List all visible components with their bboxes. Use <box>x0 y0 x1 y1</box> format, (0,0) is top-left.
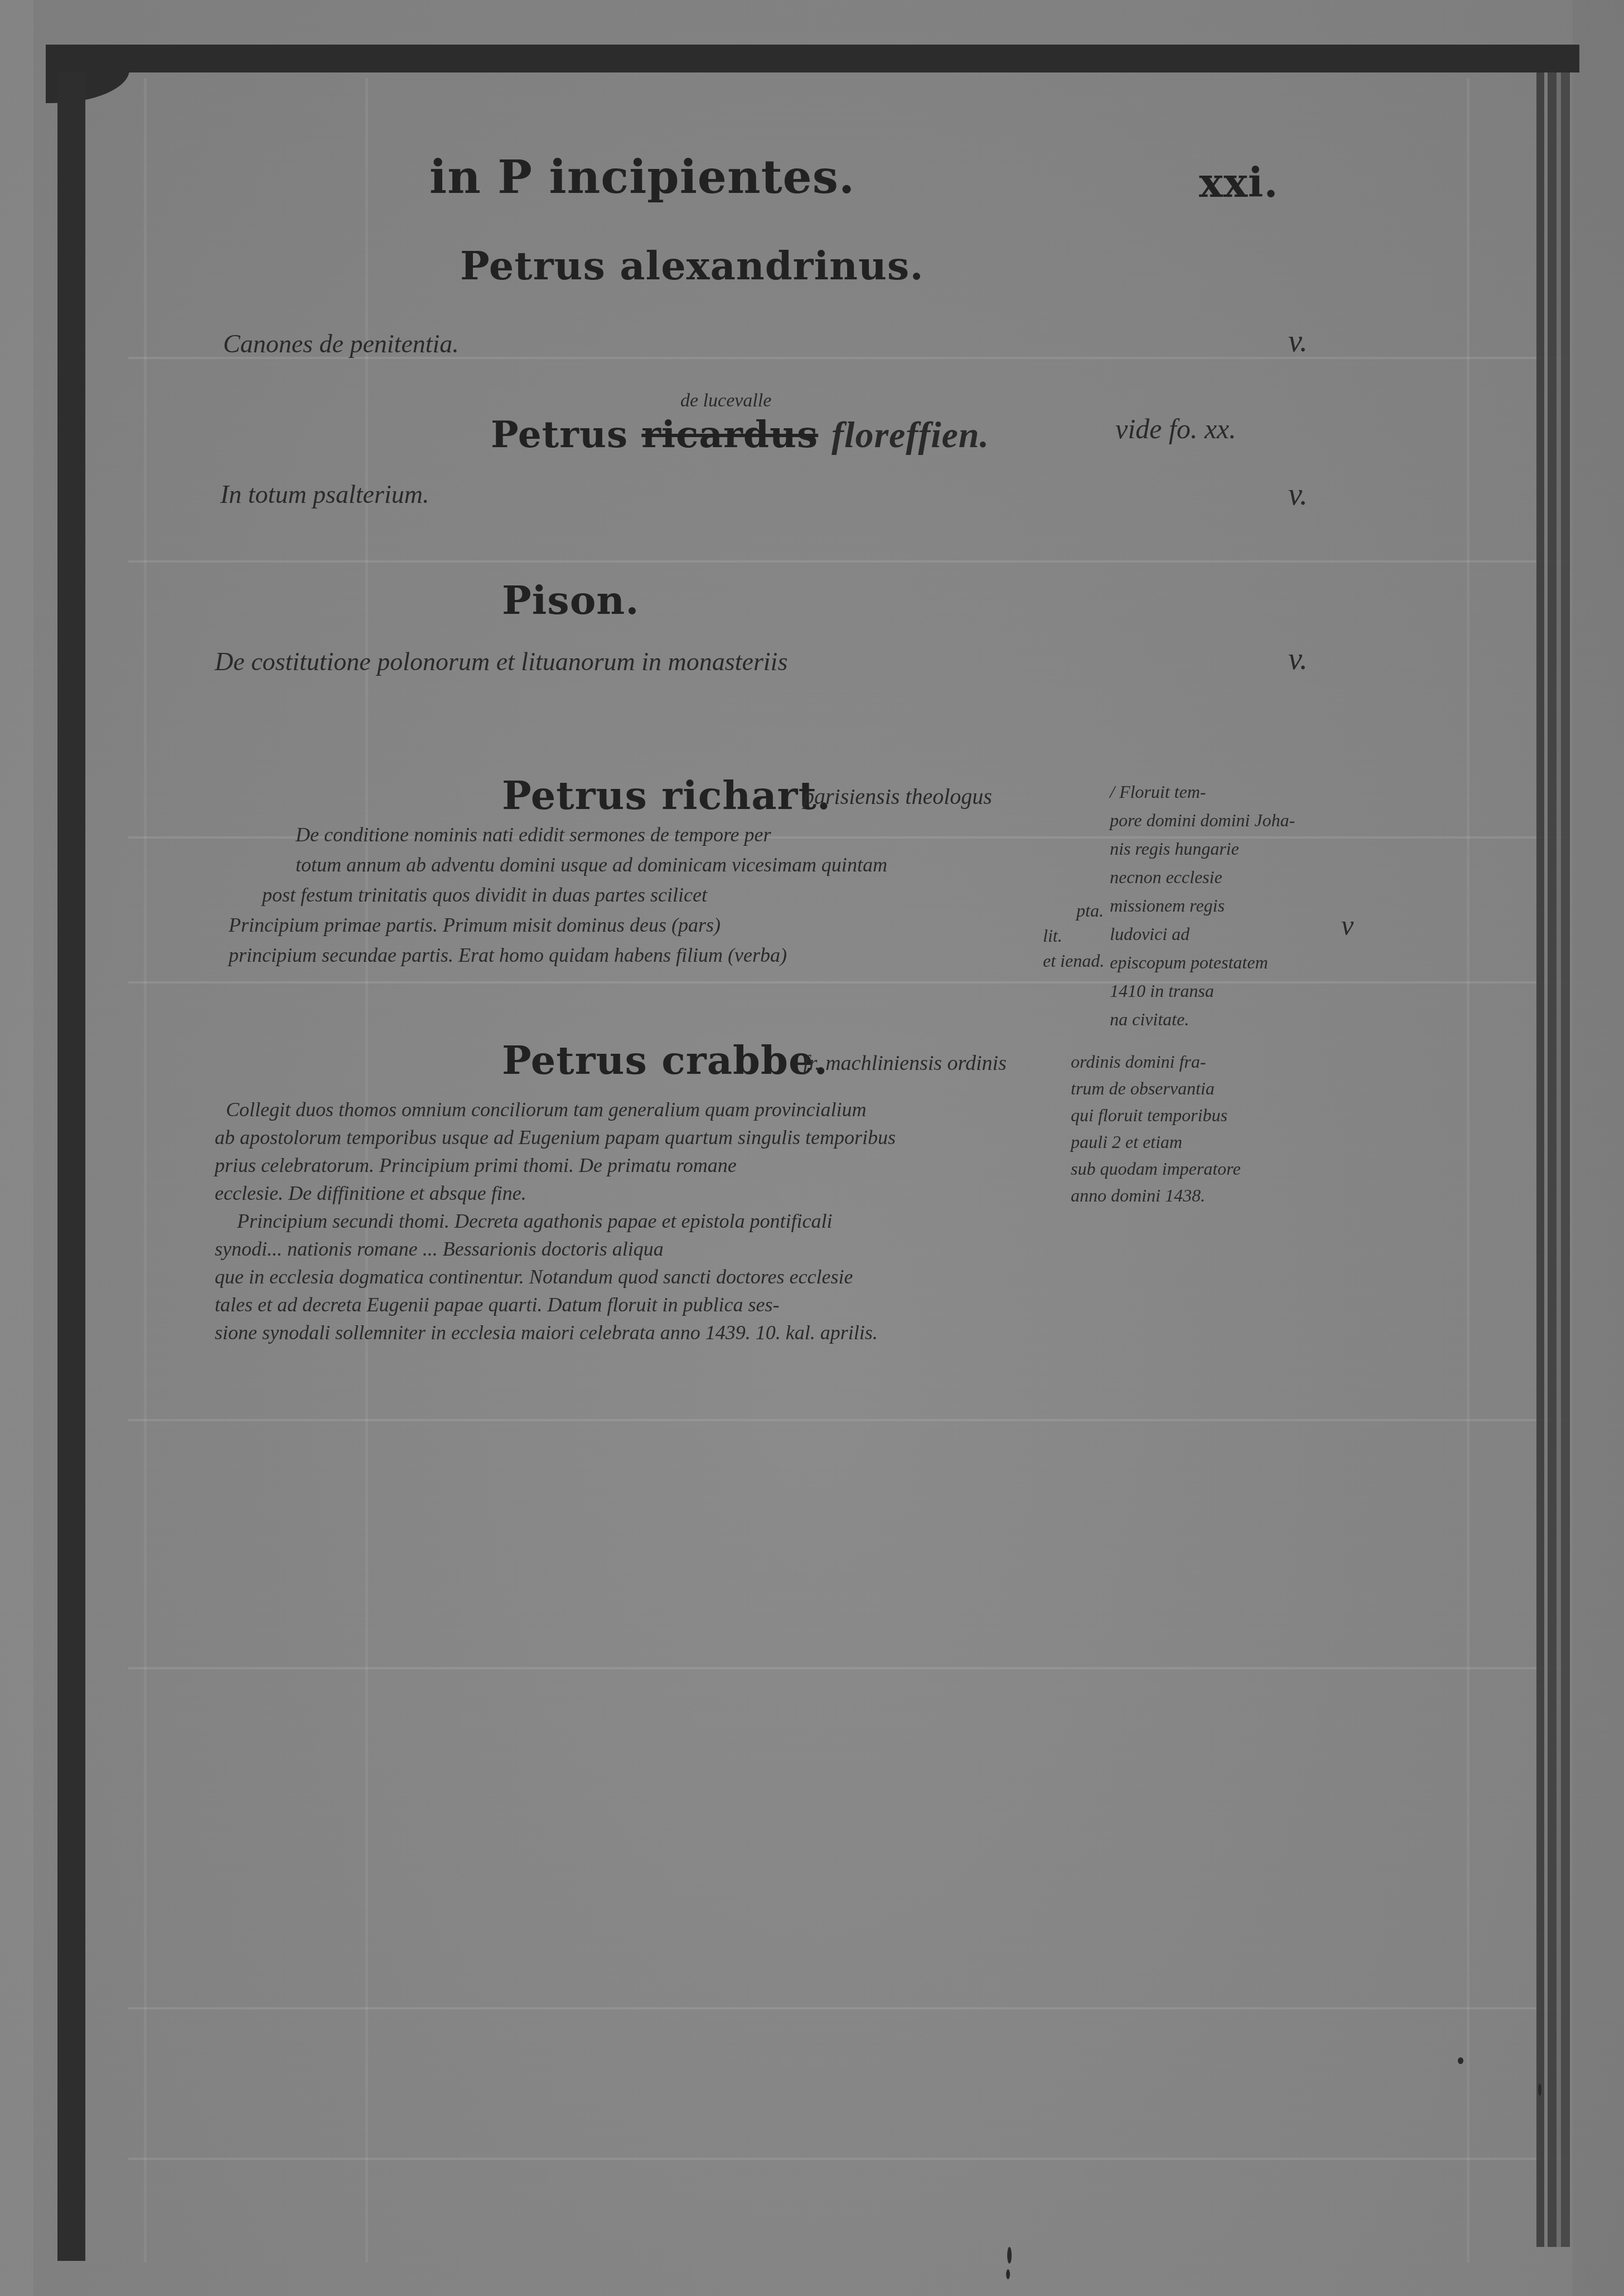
frame-border-top <box>46 45 1579 72</box>
ruling-line <box>128 1419 1568 1421</box>
body-line: que in ecclesia dogmatica continentur. N… <box>215 1263 896 1291</box>
running-header: in P incipientes. <box>429 151 855 204</box>
entry-body: De conditione nominis nati edidit sermon… <box>229 820 887 970</box>
entry-heading: Petrus crabbe. <box>502 1037 828 1083</box>
margin-line: na civitate. <box>1110 1005 1295 1034</box>
inline-note: et ienad. <box>1043 951 1104 971</box>
entry-heading: Petrus alexandrinus. <box>460 243 924 289</box>
body-line: Principium primae partis. Primum misit d… <box>229 910 887 940</box>
work-title: In totum psalterium. <box>220 479 429 509</box>
margin-line: ludovici ad <box>1110 920 1295 948</box>
ink-speck <box>1538 2084 1541 2096</box>
ruling-line <box>128 1667 1568 1669</box>
margin-line: sub quodam imperatore <box>1071 1155 1241 1182</box>
ruling-line <box>128 981 1568 984</box>
margin-line: ordinis domini fra- <box>1071 1048 1241 1075</box>
body-line: Principium secundi thomi. Decreta agatho… <box>215 1207 896 1235</box>
folio-number: xxi. <box>1199 159 1278 206</box>
work-title: De costitutione polonorum et lituanorum … <box>215 647 787 676</box>
margin-line: 1410 in transa <box>1110 977 1295 1005</box>
margin-line: trum de observantia <box>1071 1075 1241 1102</box>
margin-line: episcopum potestatem <box>1110 948 1295 977</box>
body-line: tales et ad decreta Eugenii papae quarti… <box>215 1291 896 1319</box>
interlinear-correction: de lucevalle <box>680 390 771 411</box>
heading-name: Petrus <box>491 413 628 456</box>
margin-note: / Floruit tem- pore domini domini Joha- … <box>1110 778 1295 1034</box>
work-title: Canones de penitentia. <box>223 329 459 359</box>
body-line: totum annum ab adventu domini usque ad d… <box>229 850 887 880</box>
availability-mark: v. <box>1288 323 1308 359</box>
ruling-line <box>128 560 1568 563</box>
cross-reference-note: vide fo. xx. <box>1115 413 1236 445</box>
body-line: Collegit duos thomos omnium conciliorum … <box>215 1096 896 1123</box>
ink-speck <box>1006 2269 1010 2279</box>
struck-text: ricardus <box>641 413 818 456</box>
body-line: synodi... nationis romane ... Bessarioni… <box>215 1235 896 1263</box>
margin-line: necnon ecclesie <box>1110 863 1295 892</box>
availability-mark: v. <box>1288 641 1308 677</box>
margin-line: / Floruit tem- <box>1110 778 1295 806</box>
body-line: De conditione nominis nati edidit sermon… <box>229 820 887 850</box>
body-line: post festum trinitatis quos dividit in d… <box>229 880 887 910</box>
entry-heading: Petrus richart. <box>502 772 831 818</box>
fold-crease <box>144 78 147 2263</box>
ink-speck <box>1458 2057 1463 2064</box>
entry-heading: Pison. <box>502 577 640 623</box>
margin-line: nis regis hungarie <box>1110 835 1295 863</box>
heading-note: parisiensis theologus <box>803 783 992 810</box>
margin-line: pore domini domini Joha- <box>1110 806 1295 835</box>
heading-note: fr. machliniensis ordinis <box>803 1051 1007 1076</box>
ruling-line <box>128 2158 1568 2160</box>
body-line: prius celebratorum. Principium primi tho… <box>215 1151 896 1179</box>
body-line: ecclesie. De diffinitione et absque fine… <box>215 1179 896 1207</box>
ink-speck <box>1007 2247 1012 2264</box>
body-line: principium secundae partis. Erat homo qu… <box>229 940 887 970</box>
margin-line: pauli 2 et etiam <box>1071 1128 1241 1155</box>
entry-body: Collegit duos thomos omnium conciliorum … <box>215 1096 896 1346</box>
inline-note: lit. <box>1043 926 1062 946</box>
margin-line: qui floruit temporibus <box>1071 1102 1241 1128</box>
ruling-line <box>128 2007 1568 2009</box>
frame-border-right <box>1536 72 1578 2247</box>
margin-line: anno domini 1438. <box>1071 1182 1241 1209</box>
fold-crease <box>1467 78 1470 2263</box>
body-line: sione synodali sollemniter in ecclesia m… <box>215 1319 896 1346</box>
margin-note: ordinis domini fra- trum de observantia … <box>1071 1048 1241 1209</box>
inline-note: pta. <box>1076 900 1104 921</box>
availability-mark: v. <box>1288 477 1308 512</box>
heading-suffix: floreffien. <box>832 415 989 456</box>
body-line: ab apostolorum temporibus usque ad Eugen… <box>215 1123 896 1151</box>
margin-line: missionem regis <box>1110 892 1295 920</box>
frame-border-left <box>57 72 85 2261</box>
entry-heading: Petrus ricardus floreffien. <box>491 413 989 457</box>
availability-mark: v <box>1341 909 1354 941</box>
